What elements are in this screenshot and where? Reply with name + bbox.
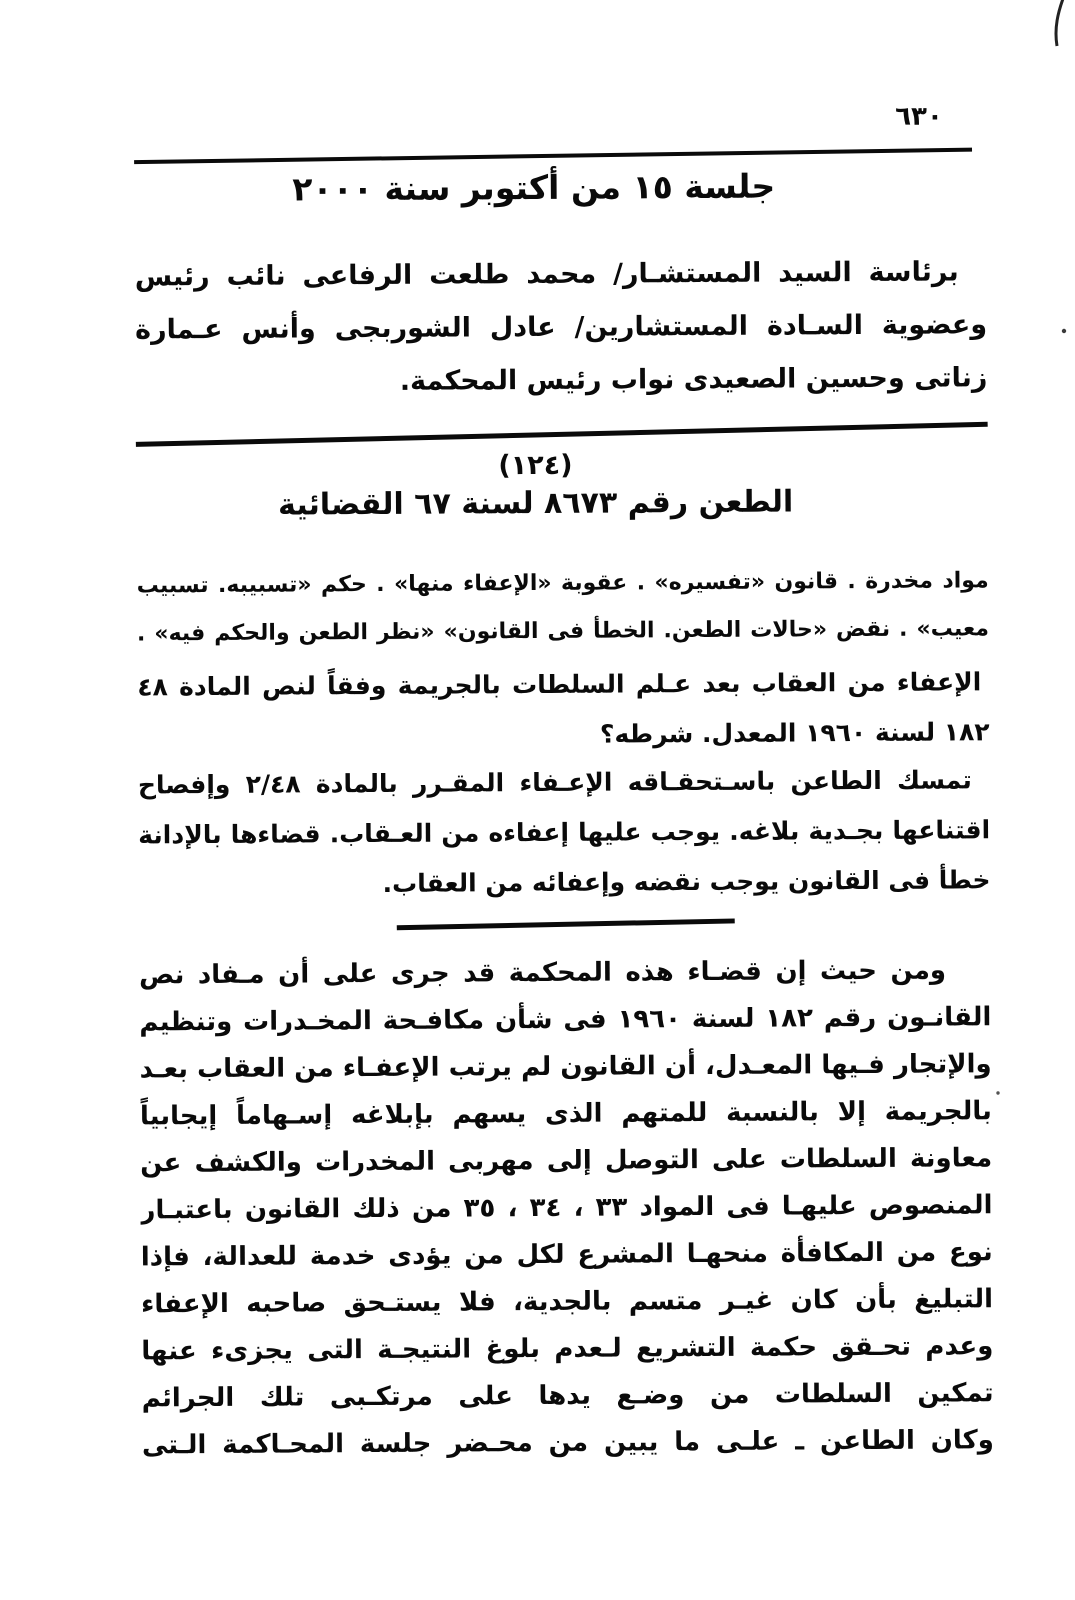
body-line: والإتجار فـيها المعـدل، أن القانون لم ير… bbox=[139, 1041, 991, 1093]
section-divider-rule bbox=[397, 918, 735, 930]
divider-rule bbox=[136, 422, 988, 447]
panel-line: برئاسة السيد المستشـار/ محمد طلعت الرفاع… bbox=[135, 245, 987, 303]
body-line: التبليغ بأن كان غيـر متسم بالجدية، فلا ي… bbox=[141, 1276, 993, 1328]
body-paragraph: ومن حيث إن قضـاء هذه المحكمة قد جرى على … bbox=[139, 947, 994, 1469]
document-page: ٦٣٠ جلسة ١٥ من أكتوبر سنة ٢٠٠٠ برئاسة ال… bbox=[0, 0, 1075, 1600]
headnote-question: الإعفاء من العقاب بعد عـلم السلطات بالجر… bbox=[137, 657, 990, 762]
body-line: ومن حيث إن قضـاء هذه المحكمة قد جرى على … bbox=[139, 947, 991, 999]
panel-line: وعضوية السـادة المستشارين/ عادل الشوربجى… bbox=[135, 298, 987, 356]
body-line: المنصوص عليهـا فى المواد ٣٣ ، ٣٤ ، ٣٥ من… bbox=[140, 1182, 992, 1234]
case-keywords: مواد مخدرة . قانون «تفسيره» . عقوبة «الإ… bbox=[137, 557, 990, 658]
session-title: جلسة ١٥ من أكتوبر سنة ٢٠٠٠ bbox=[0, 165, 1071, 211]
judges-panel: برئاسة السيد المستشـار/ محمد طلعت الرفاع… bbox=[135, 245, 988, 409]
body-line: القانـون رقم ١٨٢ لسنة ١٩٦٠ فى شأن مكافـح… bbox=[139, 994, 991, 1046]
body-line: معاونة السلطات على التوصل إلى مهربى المخ… bbox=[140, 1135, 992, 1187]
headnote-line: ١٨٢ لسنة ١٩٦٠ المعدل. شرطه؟ bbox=[137, 707, 989, 762]
header-rule bbox=[134, 148, 972, 164]
body-line: وكان الطاعن ـ علـى ما يبين من محـضر جلسة… bbox=[142, 1417, 994, 1469]
headnote-line: الإعفاء من العقاب بعد عـلم السلطات بالجر… bbox=[137, 657, 989, 712]
body-line: بالجريمة إلا بالنسبة للمتهم الذى يسهم بإ… bbox=[140, 1088, 992, 1140]
panel-line: زناتى وحسين الصعيدى نواب رئيس المحكمة. bbox=[135, 351, 987, 409]
case-title: الطعن رقم ٨٦٧٣ لسنة ٦٧ القضائية bbox=[0, 483, 1073, 525]
case-serial: (١٢٤) bbox=[0, 447, 1073, 485]
body-line: تمكين السلطات من وضـع يدها على مرتكـبى ت… bbox=[142, 1370, 994, 1422]
body-line: نوع من المكافأة منحهـا المشرع لكل من يؤد… bbox=[141, 1229, 993, 1281]
headnote-ruling: تمسك الطاعن باسـتحقـاقه الإعـفاء المقـرر… bbox=[138, 755, 991, 910]
keywords-line: معيب» . نقض «حالات الطعن. الخطأ فى القان… bbox=[137, 605, 989, 658]
headnote-line: اقتناعها بجـدية بلاغه. يوجب عليها إعفاءه… bbox=[138, 805, 990, 860]
headnote-line: خطأ فى القانون يوجب نقضه وإعفائه من العق… bbox=[138, 855, 990, 910]
body-line: وعدم تحـقق حكمة التشريع لـعدم بلوغ النتي… bbox=[141, 1323, 993, 1375]
headnote-line: تمسك الطاعن باسـتحقـاقه الإعـفاء المقـرر… bbox=[138, 755, 990, 810]
page-number: ٦٣٠ bbox=[895, 102, 943, 132]
keywords-line: مواد مخدرة . قانون «تفسيره» . عقوبة «الإ… bbox=[137, 557, 989, 610]
